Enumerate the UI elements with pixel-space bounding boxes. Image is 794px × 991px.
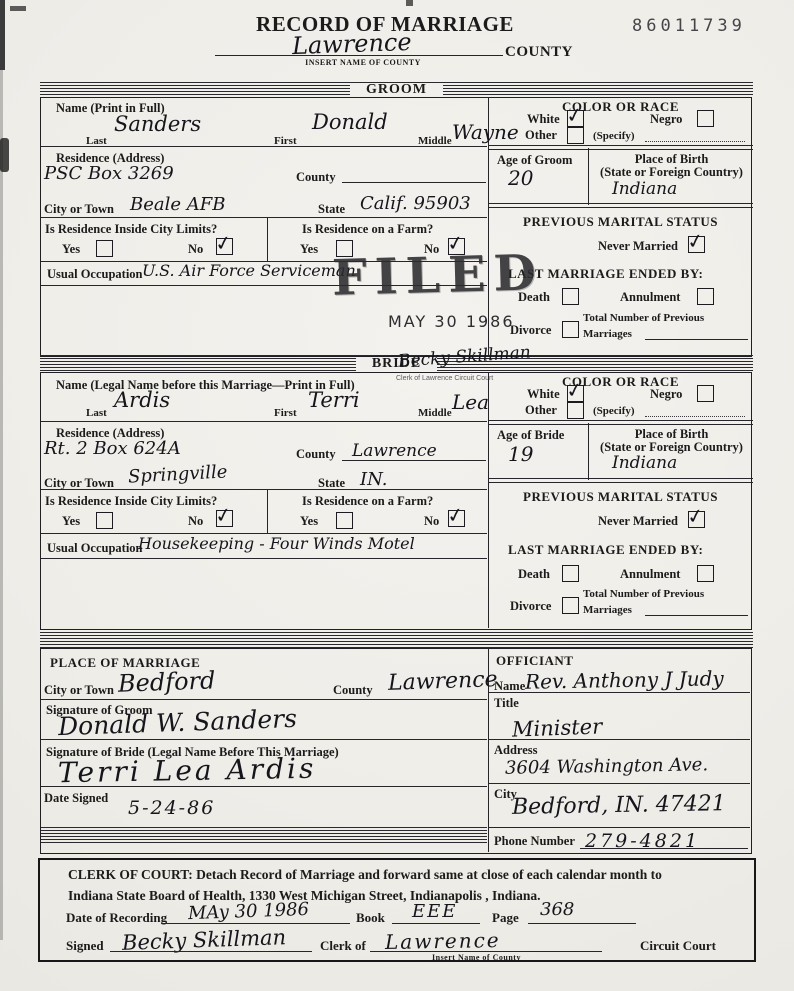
bride-race-negro-checkbox	[697, 385, 714, 402]
officiant-phone-label: Phone Number	[494, 834, 575, 848]
total-previous-label-1: Total Number of Previous	[583, 313, 704, 324]
bride-city-limits-yes-checkbox	[96, 512, 113, 529]
bride-birth-divider	[488, 478, 753, 483]
scan-edge-artifact	[0, 138, 9, 172]
groom-name-underline	[41, 146, 487, 147]
divorce-label: Divorce	[510, 599, 551, 613]
groom-birthplace-value: Indiana	[612, 179, 677, 199]
groom-question-divider	[267, 218, 268, 262]
bride-race-other-checkbox	[567, 402, 584, 419]
groom-city-label: City or Town	[44, 202, 114, 216]
bride-specify-line	[645, 416, 745, 417]
yes-label: Yes	[300, 242, 318, 256]
bride-race-divider	[488, 420, 753, 425]
groom-divorce-checkbox	[562, 321, 579, 338]
bride-occupation-value: Housekeeping - Four Winds Motel	[138, 534, 415, 553]
book-label: Book	[356, 911, 385, 926]
officiant-phone-underline	[580, 848, 748, 849]
groom-row-line	[41, 217, 487, 218]
yes-label: Yes	[62, 514, 80, 528]
groom-county-label: County	[296, 170, 336, 184]
groom-age-value: 20	[508, 166, 533, 190]
bride-age-divider	[588, 423, 589, 480]
bride-section-band: BRIDE	[40, 355, 753, 372]
groom-occupation-value: U.S. Air Force Serviceman	[142, 261, 356, 280]
circuit-court-label: Circuit Court	[640, 939, 716, 954]
filed-date-stamp: MAY 30 1986	[388, 312, 515, 331]
groom-never-married-checkbox	[688, 236, 705, 253]
bride-race-white-checkbox	[567, 385, 584, 402]
groom-race-divider	[488, 145, 753, 150]
never-married-label: Never Married	[598, 514, 678, 528]
specify-label: (Specify)	[593, 406, 635, 417]
bride-farm-no-checkbox	[448, 510, 465, 527]
bride-county-label: County	[296, 447, 336, 461]
clerk-of-label: Clerk of	[320, 939, 366, 954]
scan-edge-artifact	[0, 70, 3, 940]
bride-age-label: Age of Bride	[497, 428, 564, 442]
officiant-row-line	[488, 692, 750, 693]
bride-farm-question: Is Residence on a Farm?	[302, 494, 433, 508]
yes-label: Yes	[62, 242, 80, 256]
groom-section-band: GROOM	[40, 82, 753, 97]
serial-number-stamp: 86011739	[632, 16, 746, 36]
groom-birth-divider	[488, 203, 753, 208]
death-label: Death	[518, 567, 550, 581]
groom-race-other-checkbox	[567, 127, 584, 144]
no-label: No	[188, 242, 203, 256]
groom-age-divider	[588, 148, 589, 205]
section-divider-band	[40, 632, 753, 648]
total-previous-label-2: Marriages	[583, 605, 632, 616]
bride-divorce-checkbox	[562, 597, 579, 614]
groom-city-limits-no-checkbox	[216, 238, 233, 255]
other-label: Other	[525, 128, 557, 142]
groom-marital-header: PREVIOUS MARITAL STATUS	[488, 215, 753, 228]
bride-county-value: Lawrence	[352, 441, 437, 461]
bride-middle-name: Lea	[452, 390, 489, 414]
groom-county-underline	[342, 182, 486, 183]
officiant-row-line	[488, 739, 750, 740]
bride-annulment-checkbox	[697, 565, 714, 582]
groom-city-value: Beale AFB	[130, 194, 225, 215]
groom-race-negro-checkbox	[697, 110, 714, 127]
scan-edge-artifact	[0, 0, 5, 70]
place-county-value: Lawrence	[388, 667, 498, 696]
officiant-row-line	[488, 783, 750, 784]
groom-last-name: Sanders	[114, 112, 201, 136]
record-of-marriage-scan: RECORD OF MARRIAGE 86011739 Lawrence COU…	[0, 0, 794, 991]
annulment-label: Annulment	[620, 567, 680, 581]
filed-stamp: FILED	[331, 243, 544, 307]
place-bottom-band	[41, 827, 487, 843]
groom-birth-label-2: (State or Foreign Country)	[590, 165, 753, 179]
date-of-recording-value: MAy 30 1986	[188, 899, 310, 924]
book-value: EEE	[412, 901, 457, 922]
insert-county-hint: INSERT NAME OF COUNTY	[238, 59, 488, 67]
annulment-label: Annulment	[620, 290, 680, 304]
groom-middle-name: Wayne	[452, 120, 519, 144]
no-label: No	[424, 514, 439, 528]
place-row-line	[41, 699, 487, 700]
clerk-instruction-1: CLERK OF COURT: Detach Record of Marriag…	[68, 867, 662, 883]
place-city-label: City or Town	[44, 683, 114, 697]
bride-row-line	[41, 558, 487, 559]
clerk-insert-county-hint: Insert Name of County	[432, 954, 521, 962]
groom-annulment-checkbox	[697, 288, 714, 305]
groom-marriages-underline	[645, 339, 748, 340]
total-previous-label-1: Total Number of Previous	[583, 589, 704, 600]
groom-state-value: Calif. 95903	[360, 193, 471, 214]
bride-first-name: Terri	[308, 388, 360, 412]
scan-edge-artifact	[406, 0, 413, 6]
date-signed-value: 5-24-86	[128, 797, 215, 819]
no-label: No	[188, 514, 203, 528]
bride-never-married-checkbox	[688, 511, 705, 528]
groom-farm-question: Is Residence on a Farm?	[302, 222, 433, 236]
bride-birthplace-value: Indiana	[612, 453, 677, 473]
bride-last-name: Ardis	[114, 388, 170, 412]
yes-label: Yes	[300, 514, 318, 528]
officiant-city-value: Bedford, IN. 47421	[512, 791, 726, 820]
bride-marriages-underline	[645, 615, 748, 616]
last-label: Last	[86, 408, 107, 419]
middle-label: Middle	[418, 408, 452, 419]
officiant-row-line	[488, 827, 750, 828]
groom-section-label: GROOM	[350, 83, 443, 97]
officiant-title-label: Title	[494, 696, 519, 710]
bride-death-checkbox	[562, 565, 579, 582]
groom-first-name: Donald	[312, 110, 388, 134]
bride-name-underline	[41, 421, 487, 422]
groom-residence-value: PSC Box 3269	[44, 163, 174, 184]
other-label: Other	[525, 403, 557, 417]
place-city-value: Bedford	[118, 666, 216, 697]
white-label: White	[527, 387, 560, 401]
bride-question-divider	[267, 490, 268, 534]
first-label: First	[274, 408, 297, 419]
page-value: 368	[540, 899, 574, 920]
never-married-label: Never Married	[598, 239, 678, 253]
white-label: White	[527, 112, 560, 126]
total-previous-label-2: Marriages	[583, 329, 632, 340]
divorce-label: Divorce	[510, 323, 551, 337]
clerk-date-underline	[162, 923, 350, 924]
bride-marital-header: PREVIOUS MARITAL STATUS	[488, 490, 753, 503]
groom-city-limits-yes-checkbox	[96, 240, 113, 257]
clerk-signed-underline	[110, 951, 312, 952]
groom-city-limits-question: Is Residence Inside City Limits?	[45, 222, 217, 236]
place-row-line	[41, 739, 487, 740]
county-label: COUNTY	[505, 45, 573, 60]
signed-label: Signed	[66, 939, 104, 954]
clerk-of-underline	[370, 951, 602, 952]
negro-label: Negro	[650, 387, 682, 401]
groom-race-white-checkbox	[567, 110, 584, 127]
scan-edge-artifact	[10, 6, 26, 11]
place-county-label: County	[333, 683, 373, 697]
county-underline	[215, 55, 503, 56]
officiant-section-label: OFFICIANT	[496, 654, 573, 667]
groom-state-label: State	[318, 202, 345, 216]
date-signed-label: Date Signed	[44, 791, 108, 805]
officiant-address-value: 3604 Washington Ave.	[505, 754, 708, 779]
negro-label: Negro	[650, 112, 682, 126]
page-label: Page	[492, 911, 519, 926]
specify-label: (Specify)	[593, 131, 635, 142]
bride-occupation-label: Usual Occupation	[47, 541, 143, 555]
bride-signature: Terri Lea Ardis	[58, 752, 317, 790]
officiant-title-value: Minister	[512, 714, 603, 741]
bride-city-limits-question: Is Residence Inside City Limits?	[45, 494, 217, 508]
groom-occupation-label: Usual Occupation	[47, 267, 143, 281]
clerk-page-underline	[528, 923, 636, 924]
bride-state-value: IN.	[360, 469, 387, 490]
bride-age-value: 19	[508, 442, 533, 466]
bride-farm-yes-checkbox	[336, 512, 353, 529]
bride-city-limits-no-checkbox	[216, 510, 233, 527]
groom-specify-line	[645, 141, 745, 142]
bride-last-marriage-header: LAST MARRIAGE ENDED BY:	[508, 543, 703, 556]
officiant-name-value: Rev. Anthony J Judy	[525, 666, 724, 693]
groom-death-checkbox	[562, 288, 579, 305]
bride-county-underline	[342, 460, 486, 461]
clerk-book-underline	[392, 923, 480, 924]
place-row-line	[41, 786, 487, 787]
officiant-address-label: Address	[494, 743, 538, 757]
bride-residence-value: Rt. 2 Box 624A	[44, 438, 181, 459]
date-of-recording-label: Date of Recording	[66, 911, 167, 926]
bride-row-line	[41, 489, 487, 490]
